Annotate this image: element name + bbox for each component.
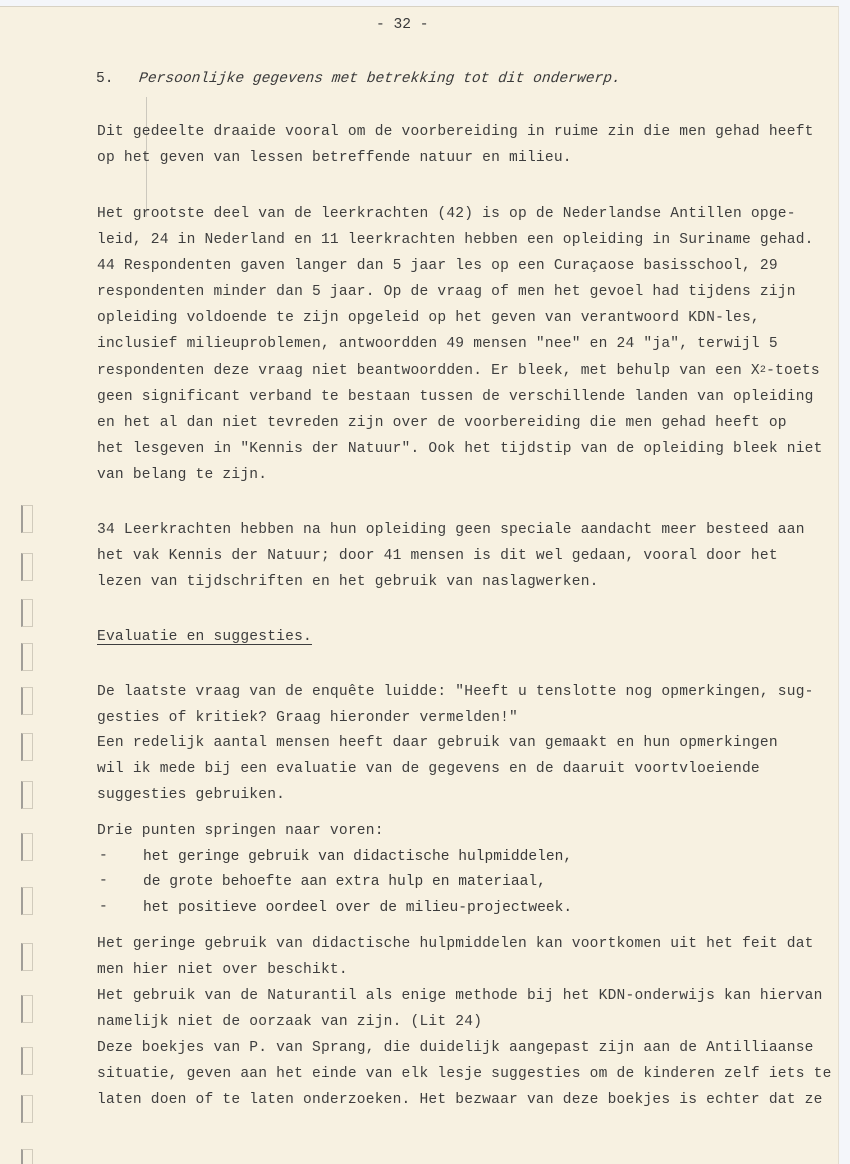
paragraph-line: 44 Respondenten gaven langer dan 5 jaar … [97,257,778,275]
paragraph-line: leid, 24 in Nederland en 11 leerkrachten… [97,231,814,249]
subheading: Evaluatie en suggesties. [97,628,312,646]
binding-hole-mark [21,995,33,1023]
bullet-dash: - [99,848,108,864]
points-intro: Drie punten springen naar voren: [97,822,384,840]
paragraph-line: gesties of kritiek? Graag hieronder verm… [97,709,518,727]
binding-hole-mark [21,733,33,761]
binding-hole-mark [21,599,33,627]
paragraph-line: situatie, geven aan het einde van elk le… [97,1065,832,1083]
chi-suffix: -toets [766,363,820,379]
list-item: de grote behoefte aan extra hulp en mate… [143,873,546,891]
binding-hole-mark [21,1095,33,1123]
binding-hole-mark [21,1149,33,1164]
document-page: - 32 - 5. Persoonlijke gegevens met betr… [0,6,839,1164]
paragraph-line: het vak Kennis der Natuur; door 41 mense… [97,547,778,565]
paragraph-line-chi: respondenten deze vraag niet beantwoordd… [97,362,820,382]
binding-hole-mark [21,887,33,915]
bullet-dash: - [99,899,108,915]
paragraph-line: het lesgeven in "Kennis der Natuur". Ook… [97,440,823,458]
binding-hole-mark [21,1047,33,1075]
paragraph-line: opleiding voldoende te zijn opgeleid op … [97,309,760,327]
binding-hole-mark [21,687,33,715]
binding-hole-mark [21,505,33,533]
section-title: Persoonlijke gegevens met betrekking tot… [138,71,621,87]
page-number: - 32 - [376,17,429,33]
paragraph-line: Het geringe gebruik van didactische hulp… [97,935,814,953]
bullet-dash: - [99,873,108,889]
list-item: het positieve oordeel over de milieu-pro… [143,899,572,917]
paragraph-line: Deze boekjes van P. van Sprang, die duid… [97,1039,814,1057]
paragraph-line: Een redelijk aantal mensen heeft daar ge… [97,734,778,752]
paragraph-line: laten doen of te laten onderzoeken. Het … [97,1091,823,1109]
paragraph-line: De laatste vraag van de enquête luidde: … [97,683,814,701]
paragraph-line: suggesties gebruiken. [97,786,285,804]
paragraph-line: 34 Leerkrachten hebben na hun opleiding … [97,521,805,539]
paragraph-line: namelijk niet de oorzaak van zijn. (Lit … [97,1013,482,1031]
paragraph-line: wil ik mede bij een evaluatie van de geg… [97,760,760,778]
paragraph-line: lezen van tijdschriften en het gebruik v… [97,573,599,591]
binding-hole-mark [21,643,33,671]
section-number: 5. [96,71,114,87]
paragraph-line: geen significant verband te bestaan tuss… [97,388,814,406]
paragraph-line: men hier niet over beschikt. [97,961,348,979]
paragraph-line: inclusief milieuproblemen, antwoordden 4… [97,335,778,353]
paragraph-line: Het gebruik van de Naturantil als enige … [97,987,823,1005]
binding-hole-mark [21,943,33,971]
chi-text: respondenten deze vraag niet beantwoordd… [97,363,760,379]
binding-hole-mark [21,781,33,809]
paragraph-line: Het grootste deel van de leerkrachten (4… [97,205,796,223]
list-item: het geringe gebruik van didactische hulp… [143,848,572,866]
chi-superscript: 2 [760,365,766,376]
paragraph-line: op het geven van lessen betreffende natu… [97,149,572,167]
paragraph-line: van belang te zijn. [97,466,267,484]
paragraph-line: respondenten minder dan 5 jaar. Op de vr… [97,283,796,301]
paragraph-line: Dit gedeelte draaide vooral om de voorbe… [97,123,814,141]
binding-hole-mark [21,833,33,861]
paragraph-line: en het al dan niet tevreden zijn over de… [97,414,787,432]
binding-hole-mark [21,553,33,581]
